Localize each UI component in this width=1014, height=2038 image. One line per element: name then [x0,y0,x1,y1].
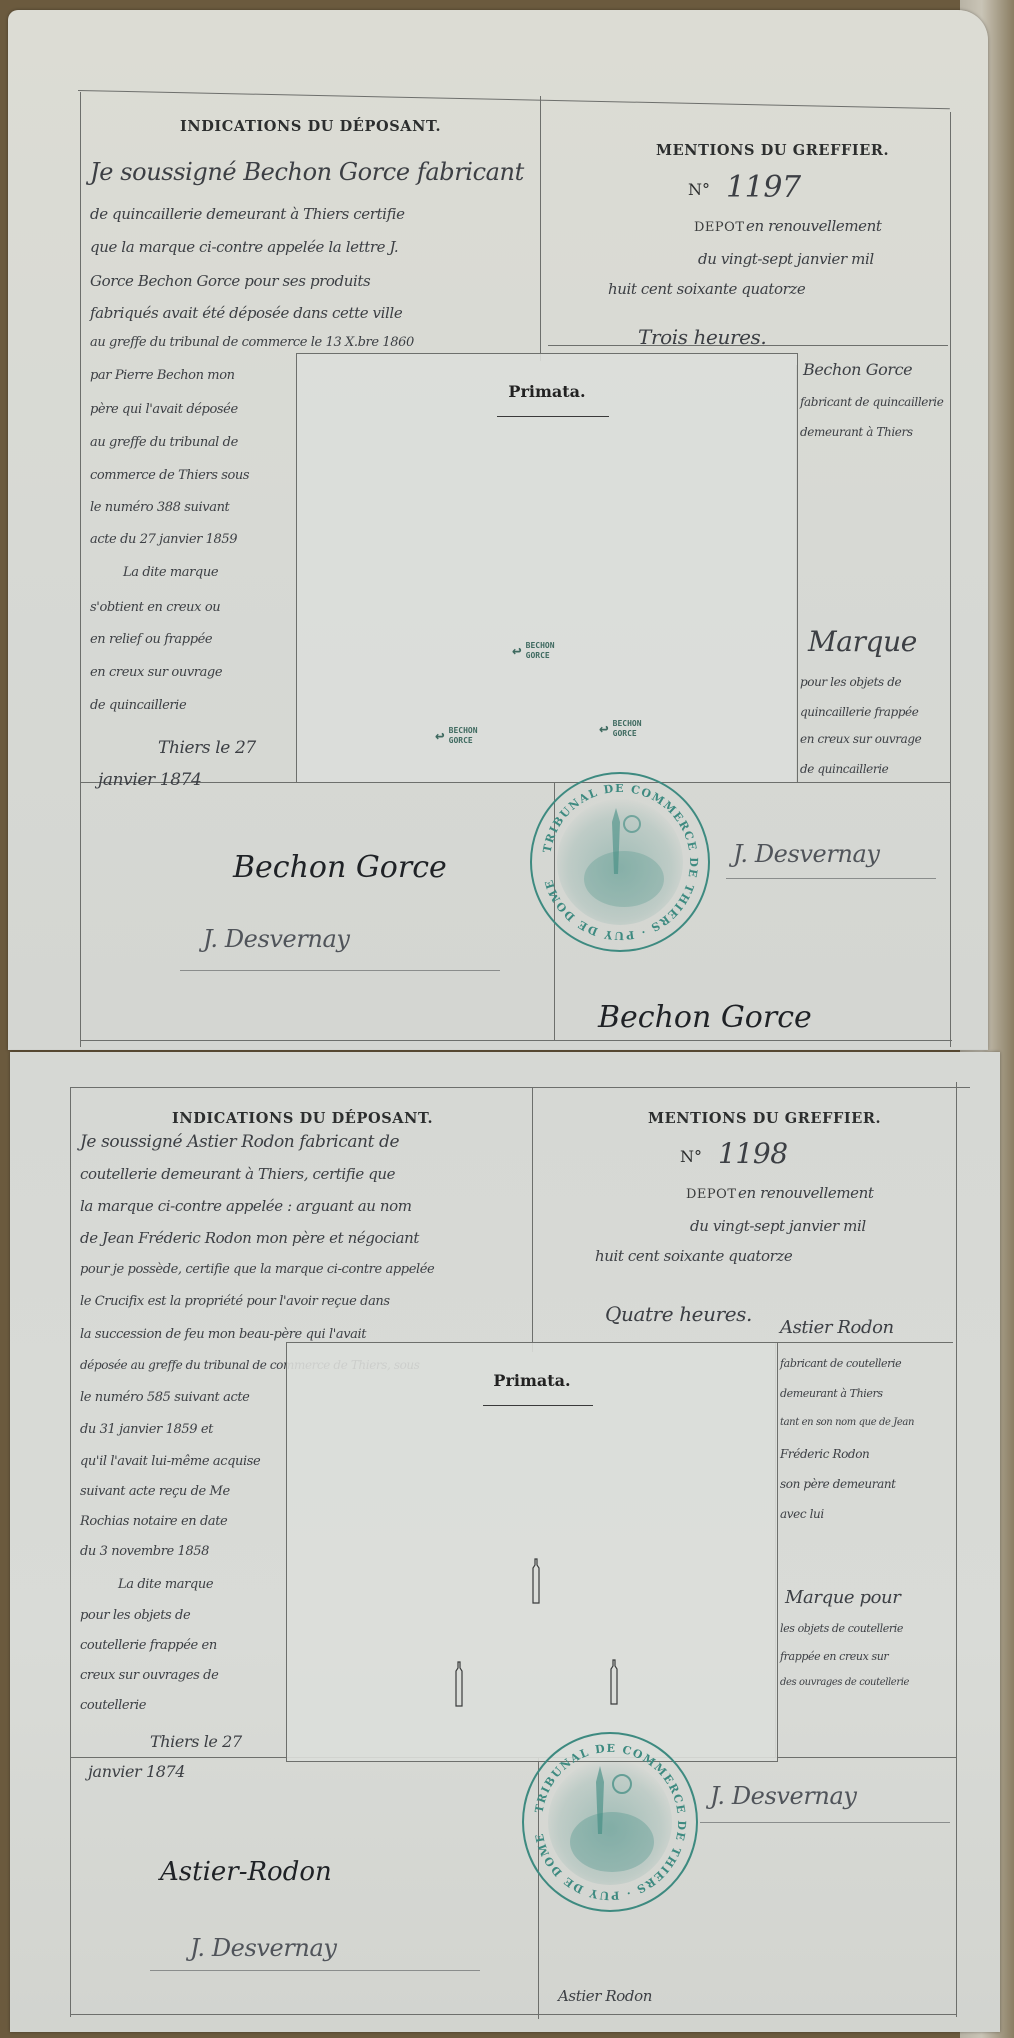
indications-header: INDICATIONS DU DÉPOSANT. [180,118,441,135]
signature-line [726,878,936,879]
tribunal-stamp: TRIBUNAL DE COMMERCE DE THIERS · PUY DE … [522,1732,698,1912]
table-left-rule [80,92,81,1047]
number-label: N° [688,180,710,199]
letter-j-hook-icon: ↩ [435,731,445,741]
column-divider-top [540,96,541,361]
signature-greffier-right: J. Desvernay [733,840,880,868]
register-page-1198: INDICATIONS DU DÉPOSANT. MENTIONS DU GRE… [10,1052,1000,2032]
table-top-rule [70,1087,970,1088]
signature-depositor-right: Bechon Gorce [598,1000,812,1035]
primata-underline [497,416,609,417]
tribunal-stamp: TRIBUNAL DE COMMERCE DE THIERS · PUY DE … [530,772,710,952]
depot-text: en renouvellement [746,217,882,235]
trademark-imprint: ↩ BECHONGORCE [435,726,478,746]
date-line-1: du vingt-sept janvier mil [698,250,874,268]
mentions-header: MENTIONS DU GREFFIER. [656,142,889,159]
signature-line [180,970,500,971]
mentions-header: MENTIONS DU GREFFIER. [648,1110,881,1127]
signature-line [150,1970,480,1971]
deposit-hour: Quatre heures. [605,1302,752,1326]
stamp-ring-text: TRIBUNAL DE COMMERCE DE THIERS · PUY DE … [524,1734,696,1910]
trademark-imprint: ↩ BECHONGORCE [512,641,555,661]
letter-j-hook-icon: ↩ [512,646,522,656]
date-line-2: huit cent soixante quatorze [595,1247,792,1265]
deposit-hour: Trois heures. [638,325,766,349]
register-number: 1198 [718,1137,788,1170]
date-line-1: du vingt-sept janvier mil [690,1217,866,1235]
signature-depositor-right: Astier Rodon [558,1987,652,2005]
trademark-imprint: ↩ BECHONGORCE [599,719,642,739]
register-page-1197: INDICATIONS DU DÉPOSANT. MENTIONS DU GRE… [8,10,988,1050]
signature-greffier-right: J. Desvernay [710,1782,857,1810]
letter-j-hook-icon: ↩ [599,724,609,734]
signature-greffier-left: J. Desvernay [203,925,350,953]
primata-underline [483,1405,593,1406]
table-bottom-rule [80,1040,952,1041]
date-line-2: huit cent soixante quatorze [608,280,805,298]
depot-label: DEPOT [686,1187,737,1202]
table-left-rule [70,1087,71,2017]
stamp-ring-text: TRIBUNAL DE COMMERCE DE THIERS · PUY DE … [532,774,708,950]
depot-label: DEPOT [694,220,745,235]
register-number: 1197 [726,170,801,205]
depot-text: en renouvellement [738,1184,874,1202]
bottle-mark-icon [454,1661,464,1707]
signature-depositor-left: Astier-Rodon [160,1857,332,1887]
bottle-mark-icon [531,1558,541,1604]
signature-greffier-left: J. Desvernay [190,1934,337,1962]
number-label: N° [680,1147,702,1166]
table-bottom-rule [70,2014,956,2015]
primata-box: Primata. [286,1342,778,1762]
signature-depositor-left: Bechon Gorce [233,850,447,885]
indications-header: INDICATIONS DU DÉPOSANT. [172,1110,433,1127]
table-right-rule [956,1082,957,2017]
column-divider-top [532,1087,533,1352]
signature-line [700,1822,950,1823]
table-top-rule [78,90,950,109]
bottle-mark-icon [609,1659,619,1705]
primata-box: Primata. ↩ BECHONGORCE ↩ BECHONGORCE ↩ B… [296,353,798,783]
table-right-rule [950,112,951,1047]
primata-title: Primata. [287,1371,777,1390]
primata-title: Primata. [297,382,797,401]
